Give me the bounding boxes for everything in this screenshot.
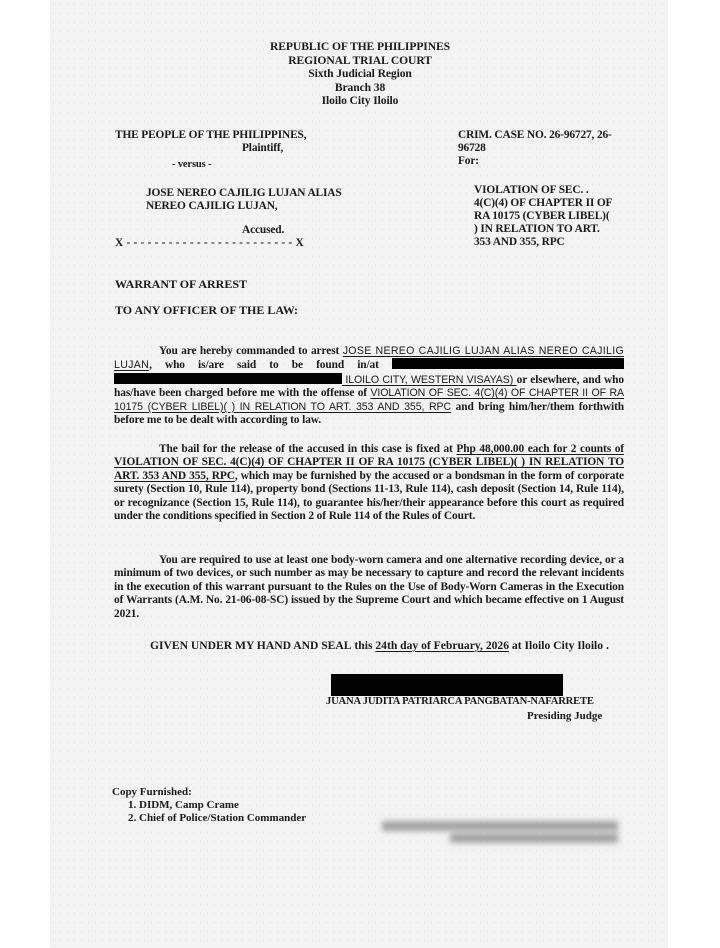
redacted-address	[392, 358, 624, 369]
plaintiff-name: THE PEOPLE OF THE PHILIPPINES,	[115, 129, 306, 142]
header-line: REGIONAL TRIAL COURT	[230, 54, 490, 68]
case-number: CRIM. CASE NO. 26-96727, 26- 96728 For:	[458, 129, 638, 168]
issue-date: 24th day of February, 2026	[375, 639, 509, 652]
redacted-address	[114, 373, 342, 384]
header-line: Sixth Judicial Region	[230, 67, 490, 81]
offense-line: ) IN RELATION TO ART.	[474, 223, 634, 236]
offense-line: 353 AND 355, RPC	[474, 236, 634, 249]
offense-line: RA 10175 (CYBER LIBEL)(	[474, 210, 634, 223]
header-line: Branch 38	[230, 81, 490, 95]
text: You are hereby commanded to arrest	[159, 345, 343, 357]
address-visible: ILOILO CITY, WESTERN VISAYAS)	[342, 374, 517, 386]
blurred-text	[450, 833, 618, 843]
given-clause: GIVEN UNDER MY HAND AND SEAL this 24th d…	[150, 639, 609, 652]
text: this	[352, 639, 376, 652]
copy-furnished: Copy Furnished: 1. DIDM, Camp Crame 2. C…	[112, 786, 306, 825]
court-header: REPUBLIC OF THE PHILIPPINES REGIONAL TRI…	[230, 40, 490, 108]
accused-name-line2: NEREO CAJILIG LUJAN,	[146, 200, 278, 213]
offense-caption: VIOLATION OF SEC. . 4(C)(4) OF CHAPTER I…	[474, 184, 634, 249]
header-line: Iloilo City Iloilo	[230, 94, 490, 108]
case-number-line1: CRIM. CASE NO. 26-96727, 26-	[458, 129, 638, 142]
accused-role: Accused.	[242, 224, 284, 237]
copy-furnished-label: Copy Furnished:	[112, 786, 306, 799]
copy-furnished-item: 2. Chief of Police/Station Commander	[112, 812, 306, 825]
versus-label: - versus -	[172, 158, 211, 171]
redacted-signature	[331, 674, 563, 696]
caption-separator: X - - - - - - - - - - - - - - - - - - - …	[115, 237, 304, 250]
document-title: WARRANT OF ARREST	[115, 277, 247, 292]
offense-line: 4(C)(4) OF CHAPTER II OF	[474, 197, 634, 210]
command-paragraph: You are hereby commanded to arrest JOSE …	[114, 345, 624, 427]
body-camera-paragraph: You are required to use at least one bod…	[114, 554, 624, 621]
text: The bail for the release of the accused …	[159, 443, 456, 455]
text: at Iloilo City Iloilo .	[509, 639, 609, 652]
header-line: REPUBLIC OF THE PHILIPPINES	[230, 40, 490, 54]
text: GIVEN UNDER MY HAND AND SEAL	[150, 639, 352, 652]
case-number-line2: 96728	[458, 142, 638, 155]
judge-title: Presiding Judge	[527, 710, 602, 722]
for-label: For:	[458, 155, 638, 168]
accused-name-line1: JOSE NEREO CAJILIG LUJAN ALIAS	[146, 187, 342, 200]
text: You are required to use at least one bod…	[114, 554, 624, 621]
plaintiff-role: Plaintiff,	[242, 142, 283, 155]
text: , who is/are said to be found in/at	[149, 359, 392, 371]
judge-name: JUANA JUDITA PATRIARCA PANGBATAN-NAFARRE…	[326, 696, 594, 707]
copy-furnished-item: 1. DIDM, Camp Crame	[112, 799, 306, 812]
bail-paragraph: The bail for the release of the accused …	[114, 443, 624, 523]
blurred-text	[382, 821, 618, 831]
offense-line: VIOLATION OF SEC. .	[474, 184, 634, 197]
salutation: TO ANY OFFICER OF THE LAW:	[115, 303, 298, 318]
